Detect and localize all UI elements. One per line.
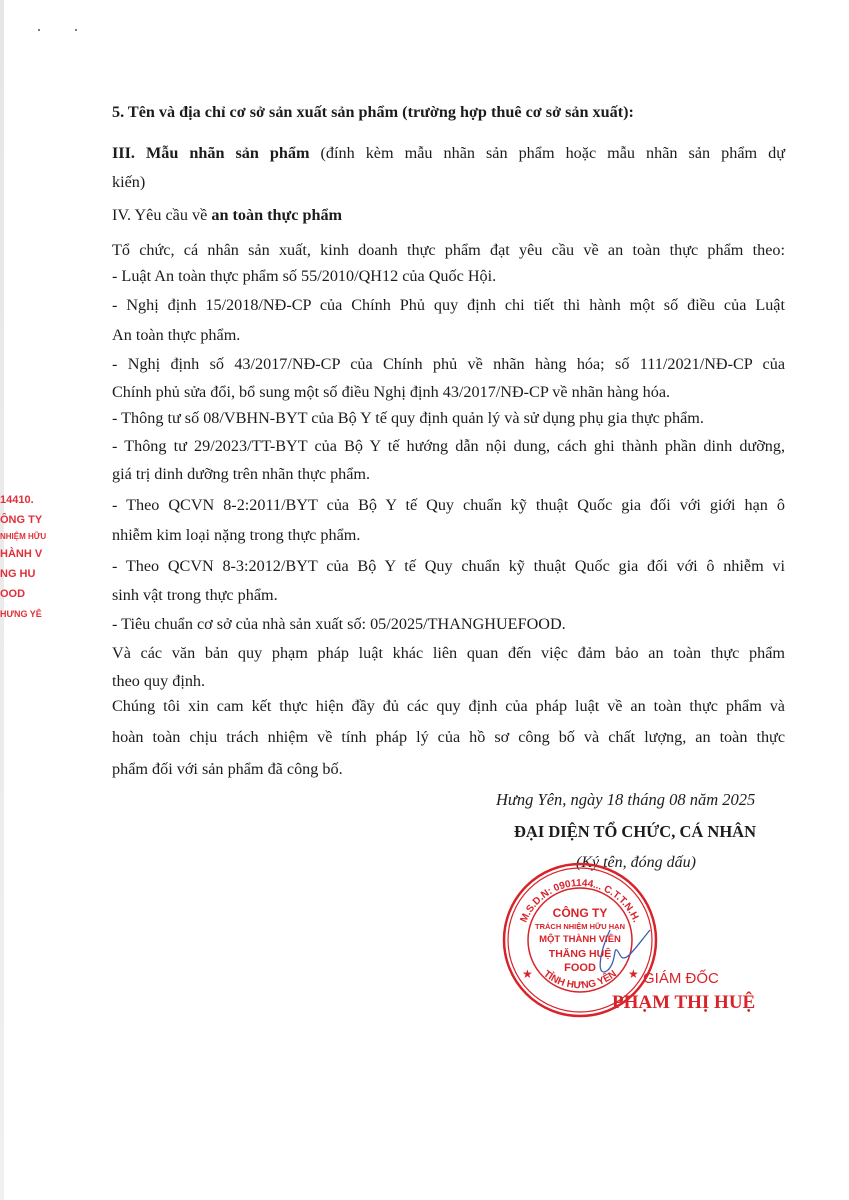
scan-speck	[38, 29, 40, 31]
regulation-item: - Nghị định 15/2018/NĐ-CP của Chính Phủ …	[112, 295, 785, 315]
page-edge-seal: 14410. ÔNG TY NHIỆM HỮU HÀNH V NG HU OOD…	[0, 490, 62, 630]
regulation-item-cont: An toàn thực phẩm.	[112, 325, 240, 345]
regulation-item: - Luật An toàn thực phẩm số 55/2010/QH12…	[112, 266, 496, 286]
place-date: Hưng Yên, ngày 18 tháng 08 năm 2025	[496, 790, 755, 810]
seal-line: CÔNG TY	[500, 906, 660, 920]
seal-line: MỘT THÀNH VIÊN	[500, 934, 660, 945]
regulation-item-cont: Chính phủ sửa đổi, bổ sung một số điều N…	[112, 382, 670, 402]
seal-line: FOOD	[500, 962, 660, 974]
commitment-line2: hoàn toàn chịu trách nhiệm về tính pháp …	[112, 727, 785, 747]
seal-line: TRÁCH NHIỆM HỮU HẠN	[500, 922, 660, 931]
regulation-item-cont: giá trị dinh dưỡng trên nhãn thực phẩm.	[112, 464, 370, 484]
section-4-heading: IV. Yêu cầu về an toàn thực phẩm	[112, 205, 342, 225]
regulation-item-cont: sinh vật trong thực phẩm.	[112, 585, 278, 605]
regulation-item: - Nghị định số 43/2017/NĐ-CP của Chính p…	[112, 354, 785, 374]
signatory-name: PHẠM THỊ HUỆ	[612, 992, 755, 1014]
regulation-item: - Tiêu chuẩn cơ sở của nhà sản xuất số: …	[112, 614, 566, 634]
scan-speck	[75, 29, 77, 31]
section-3-line1: III. Mẫu nhãn sản phẩm (đính kèm mẫu nhã…	[112, 143, 785, 163]
regulation-item: - Thông tư số 08/VBHN-BYT của Bộ Y tế qu…	[112, 408, 704, 428]
section-4-bold: an toàn thực phẩm	[211, 206, 342, 224]
other-docs-line2: theo quy định.	[112, 671, 205, 691]
section-3-heading: III. Mẫu nhãn sản phẩm	[112, 144, 310, 162]
regulation-item-cont: nhiễm kim loại nặng trong thực phẩm.	[112, 525, 360, 545]
other-docs-line1: Và các văn bản quy phạm pháp luật khác l…	[112, 643, 785, 663]
signatory-position: GIÁM ĐỐC	[643, 970, 719, 987]
regulation-item: - Theo QCVN 8-2:2011/BYT của Bộ Y tế Quy…	[112, 495, 785, 515]
commitment-line3: phẩm đối với sản phẩm đã công bố.	[112, 759, 343, 779]
seal-line: THĂNG HUỆ	[500, 948, 660, 960]
intro-text: Tổ chức, cá nhân sản xuất, kinh doanh th…	[112, 240, 785, 260]
regulation-item: - Thông tư 29/2023/TT-BYT của Bộ Y tế hư…	[112, 436, 785, 456]
signatory-title: ĐẠI DIỆN TỔ CHỨC, CÁ NHÂN	[514, 822, 756, 842]
regulation-item: - Theo QCVN 8-3:2012/BYT của Bộ Y tế Quy…	[112, 556, 785, 576]
commitment-line1: Chúng tôi xin cam kết thực hiện đầy đủ c…	[112, 696, 785, 716]
section-5-heading: 5. Tên và địa chỉ cơ sở sản xuất sản phẩ…	[112, 102, 634, 122]
section-3-text: (đính kèm mẫu nhãn sản phẩm hoặc mẫu nhã…	[310, 144, 786, 162]
section-4-prefix: IV. Yêu cầu về	[112, 206, 211, 224]
document-page: 5. Tên và địa chỉ cơ sở sản xuất sản phẩ…	[0, 0, 849, 1200]
section-3-line2: kiến)	[112, 172, 145, 192]
